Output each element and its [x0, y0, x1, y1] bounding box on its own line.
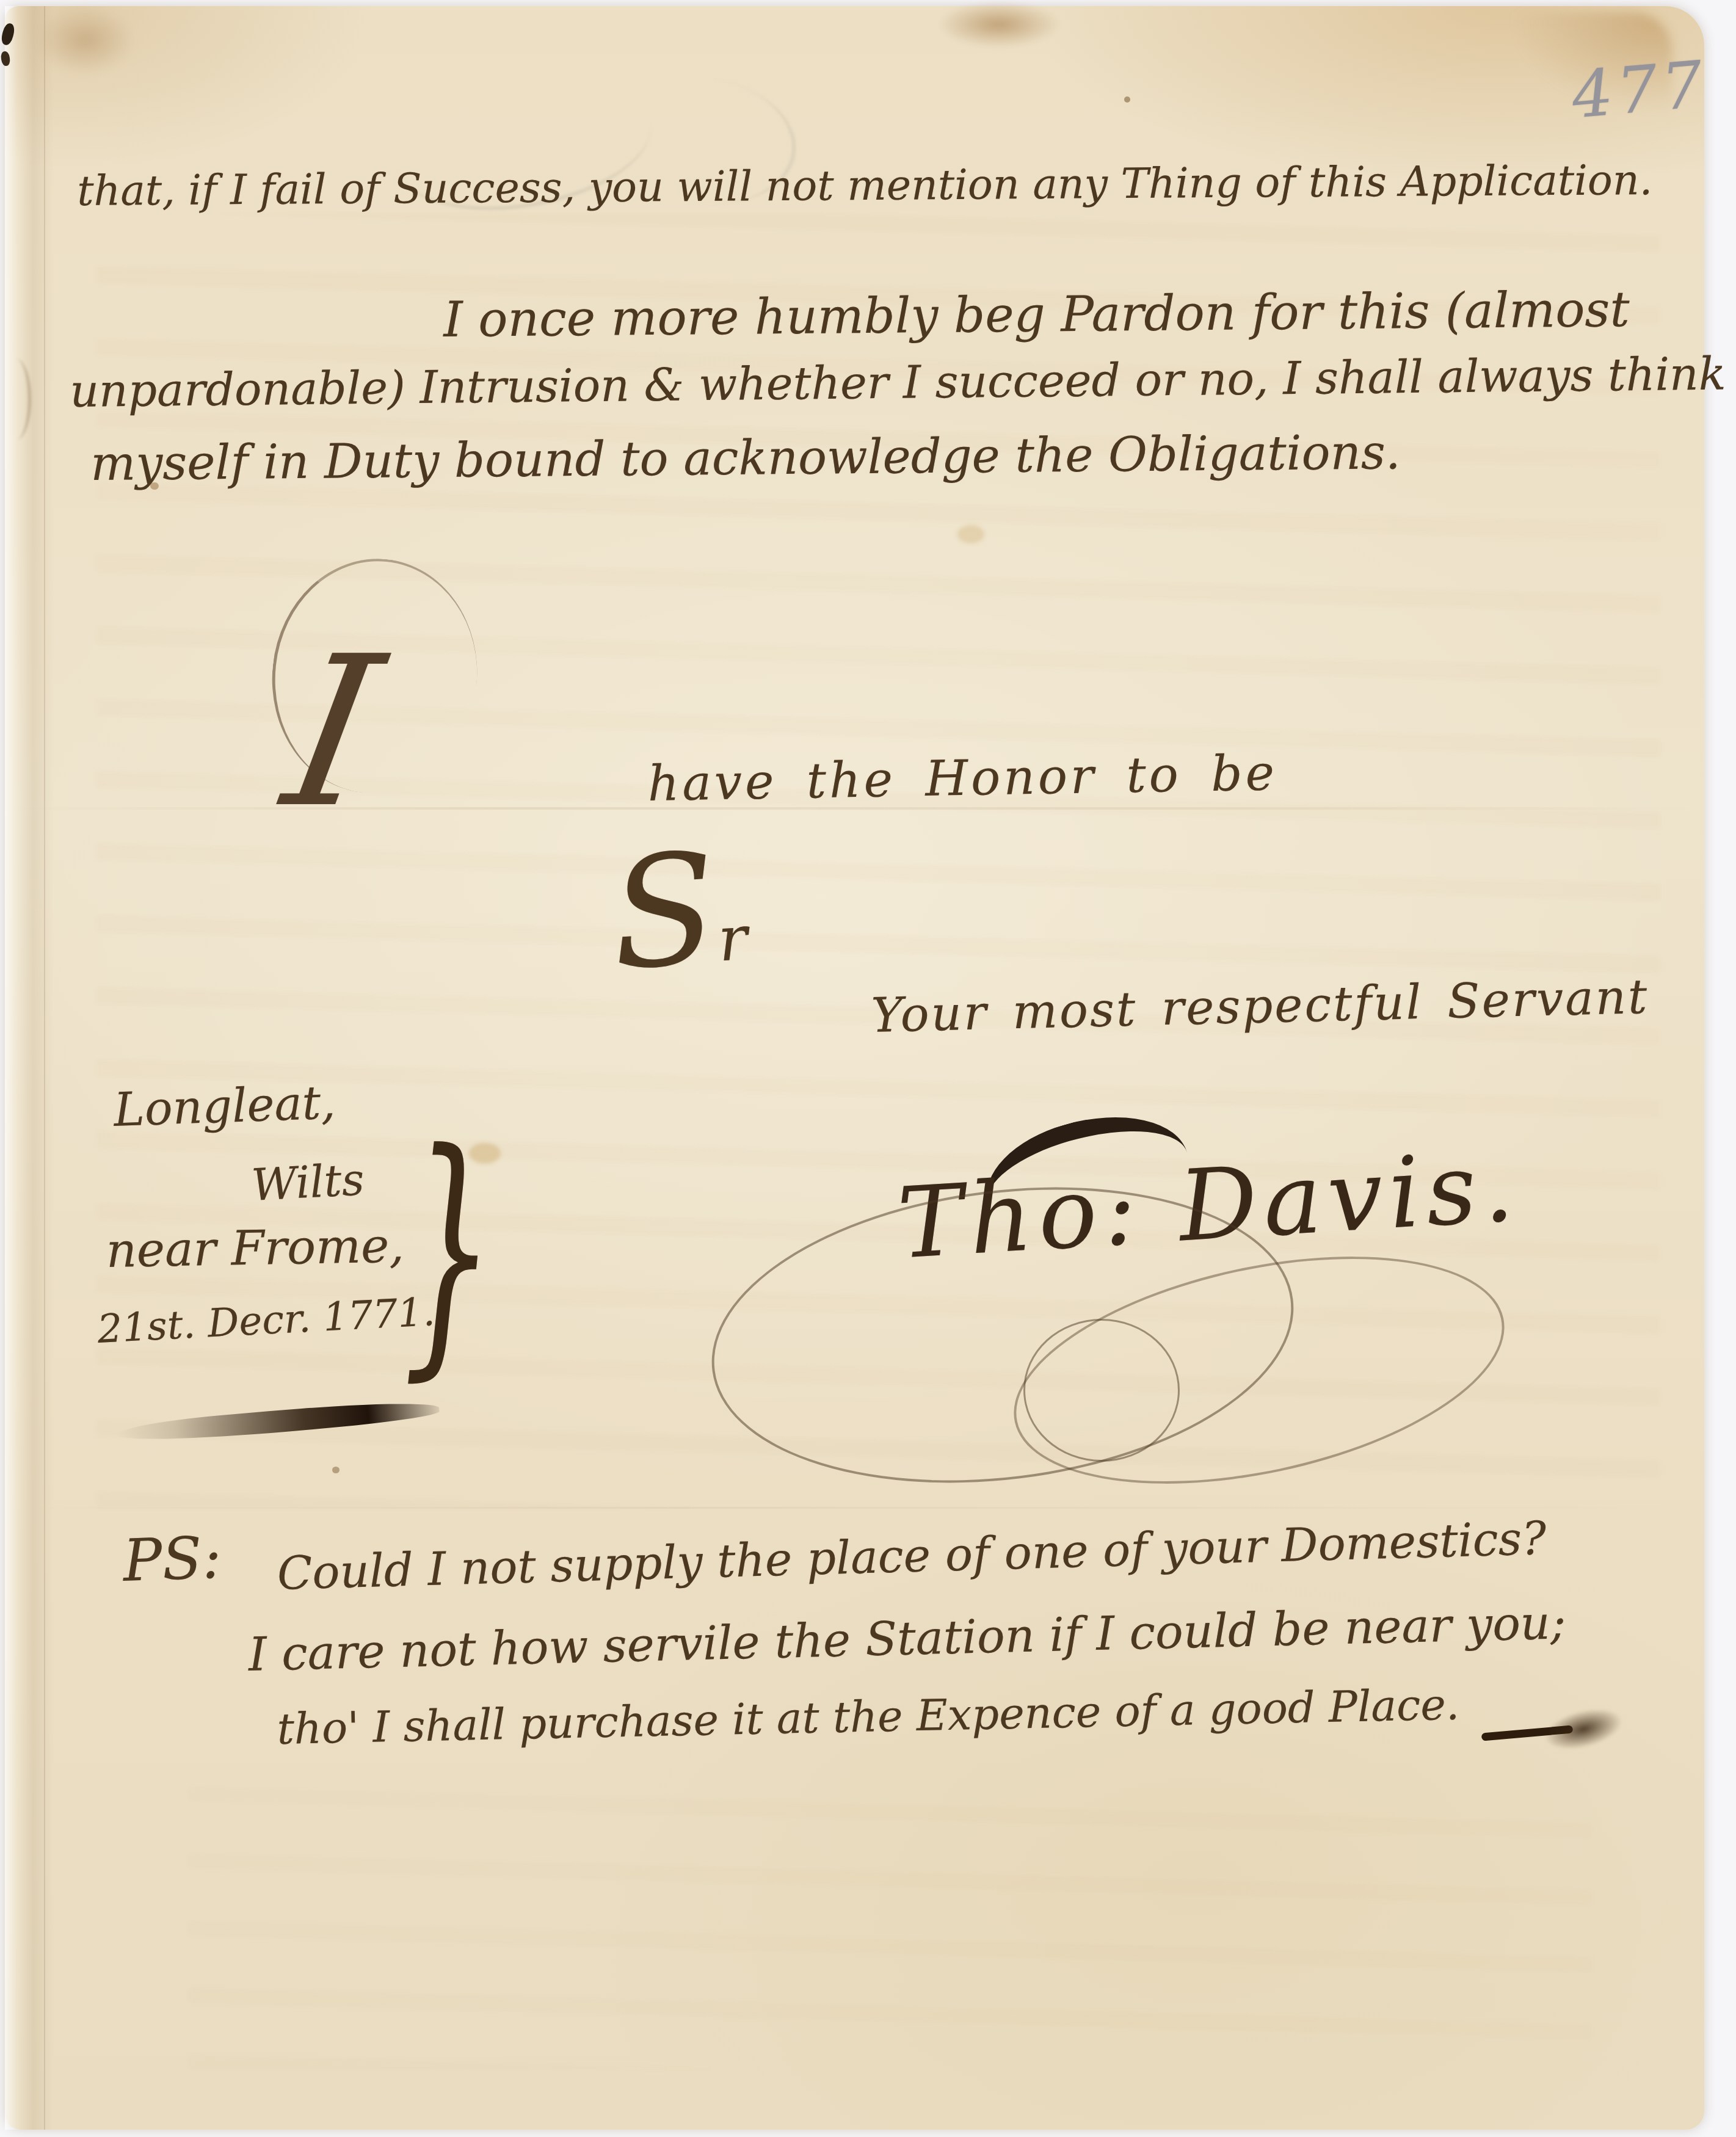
paper-crease-line [44, 6, 45, 2130]
letter-paper: 477 that, if I fail of Success, you will… [5, 6, 1704, 2130]
folio-number: 477 [1569, 53, 1710, 128]
postscript-line: I care not how servile the Station if I … [248, 1599, 1566, 1678]
closing-respect-line: Your most respectful Servant [871, 973, 1649, 1040]
closing-salutation: Sr [606, 830, 750, 992]
trailing-dash [1481, 1725, 1574, 1741]
dateline-county: Wilts [250, 1157, 365, 1207]
postscript-line: Could I not supply the place of one of y… [277, 1515, 1547, 1597]
letter-body-line: I once more humbly beg Pardon for this (… [443, 285, 1630, 344]
ink-smudge [1541, 1702, 1627, 1757]
signature: Tho: Davis. [895, 1137, 1522, 1273]
fox-spot [332, 1467, 340, 1473]
letter-body-line: myself in Duty bound to acknowledge the … [90, 429, 1401, 488]
binding-ink-mark [0, 51, 10, 67]
fox-spot [1124, 96, 1130, 103]
signature-flourish-loop [1023, 1319, 1180, 1462]
letter-body-line: unpardonable) Intrusion & whether I succ… [70, 352, 1726, 414]
ink-bleedthrough [188, 1777, 1593, 2070]
postscript-label: PS: [122, 1529, 222, 1591]
dateline-place: Longleat, [113, 1079, 336, 1133]
closing-initial: I [274, 629, 392, 836]
closing-honor-line: have the Honor to be [647, 749, 1277, 808]
edge-ghost-writing [1, 359, 31, 440]
binding-ink-mark [0, 22, 16, 46]
fox-spot [957, 525, 984, 543]
ink-flourish [115, 1396, 440, 1446]
stain [37, 6, 134, 74]
fold-line [5, 1507, 1704, 1509]
postscript-line: tho' I shall purchase it at the Expence … [277, 1683, 1460, 1751]
dateline-date: 21st. Decr. 1771. [96, 1293, 436, 1349]
paper-left-edge [5, 6, 54, 2130]
dateline-near-town: near Frome, [106, 1222, 405, 1275]
stain [938, 1, 1060, 48]
manuscript-scan: 477 that, if I fail of Success, you will… [0, 0, 1736, 2137]
letter-body-line: that, if I fail of Success, you will not… [77, 160, 1652, 212]
dateline-brace: } [403, 1098, 495, 1403]
